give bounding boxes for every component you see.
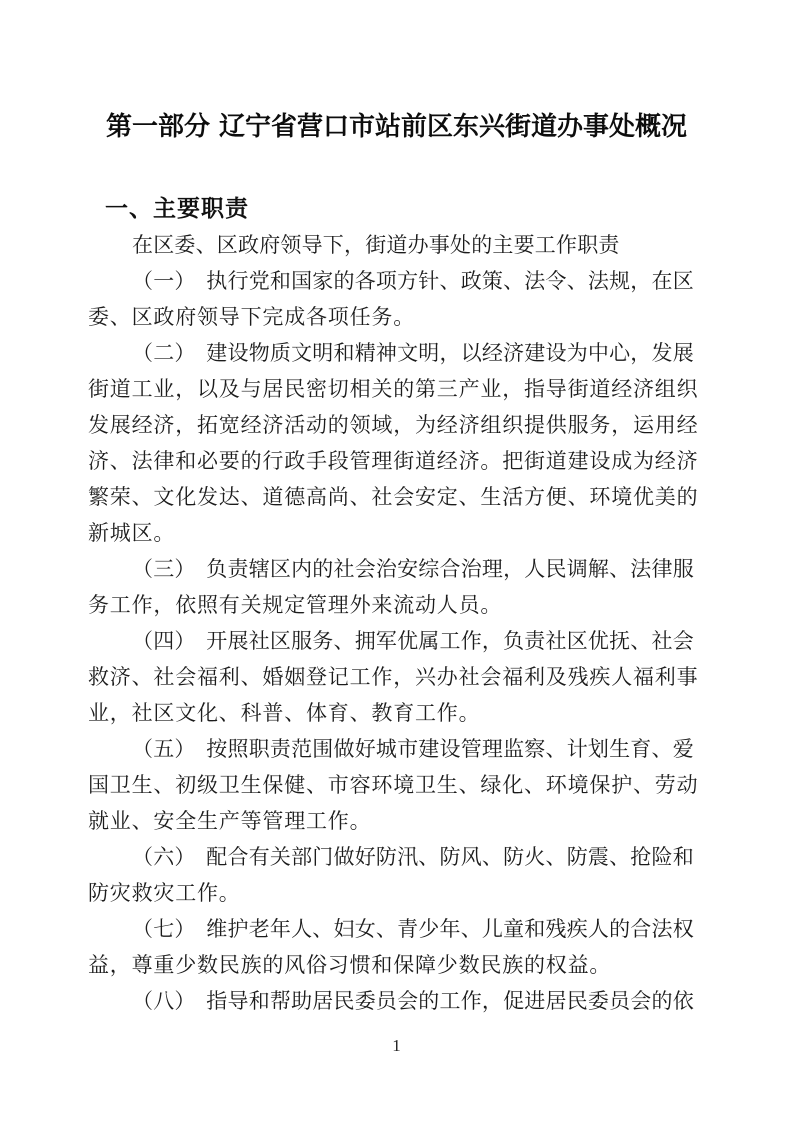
text-line: 救济、社会福利、婚姻登记工作，兴办社会福利及残疾人福利事 — [88, 659, 728, 695]
text-line: 业，社区文化、科普、体育、教育工作。 — [88, 695, 728, 731]
text-line: （一） 执行党和国家的各项方针、政策、法令、法规，在区 — [88, 263, 728, 299]
text-line: 发展经济，拓宽经济活动的领域，为经济组织提供服务，运用经 — [88, 407, 728, 443]
text-line: 就业、安全生产等管理工作。 — [88, 803, 728, 839]
document-page: 第一部分 辽宁省营口市站前区东兴街道办事处概况 一、主要职责 在区委、区政府领导… — [0, 0, 793, 1122]
text-line: （四） 开展社区服务、拥军优属工作，负责社区优抚、社会 — [88, 623, 728, 659]
text-line: （二） 建设物质文明和精神文明，以经济建设为中心，发展 — [88, 335, 728, 371]
document-title: 第一部分 辽宁省营口市站前区东兴街道办事处概况 — [0, 106, 793, 148]
text-line: 务工作，依照有关规定管理外来流动人员。 — [88, 587, 728, 623]
text-line: 益，尊重少数民族的风俗习惯和保障少数民族的权益。 — [88, 947, 728, 983]
text-line: （六） 配合有关部门做好防汛、防风、防火、防震、抢险和 — [88, 839, 728, 875]
section-heading: 一、主要职责 — [105, 191, 249, 227]
text-line: 街道工业，以及与居民密切相关的第三产业，指导街道经济组织 — [88, 371, 728, 407]
text-line: 防灾救灾工作。 — [88, 875, 728, 911]
text-line: （五） 按照职责范围做好城市建设管理监察、计划生育、爱 — [88, 731, 728, 767]
text-line: 繁荣、文化发达、道德高尚、社会安定、生活方便、环境优美的 — [88, 479, 728, 515]
text-line: 国卫生、初级卫生保健、市容环境卫生、绿化、环境保护、劳动 — [88, 767, 728, 803]
text-line: （七） 维护老年人、妇女、青少年、儿童和残疾人的合法权 — [88, 911, 728, 947]
page-number: 1 — [0, 1036, 793, 1056]
text-line: 新城区。 — [88, 515, 728, 551]
text-line: （八） 指导和帮助居民委员会的工作，促进居民委员会的依 — [88, 983, 728, 1019]
text-line: 济、法律和必要的行政手段管理街道经济。把街道建设成为经济 — [88, 443, 728, 479]
text-line: 委、区政府领导下完成各项任务。 — [88, 299, 728, 335]
text-line: （三） 负责辖区内的社会治安综合治理，人民调解、法律服 — [88, 551, 728, 587]
document-body: 在区委、区政府领导下，街道办事处的主要工作职责（一） 执行党和国家的各项方针、政… — [88, 227, 728, 1019]
text-line: 在区委、区政府领导下，街道办事处的主要工作职责 — [88, 227, 728, 263]
